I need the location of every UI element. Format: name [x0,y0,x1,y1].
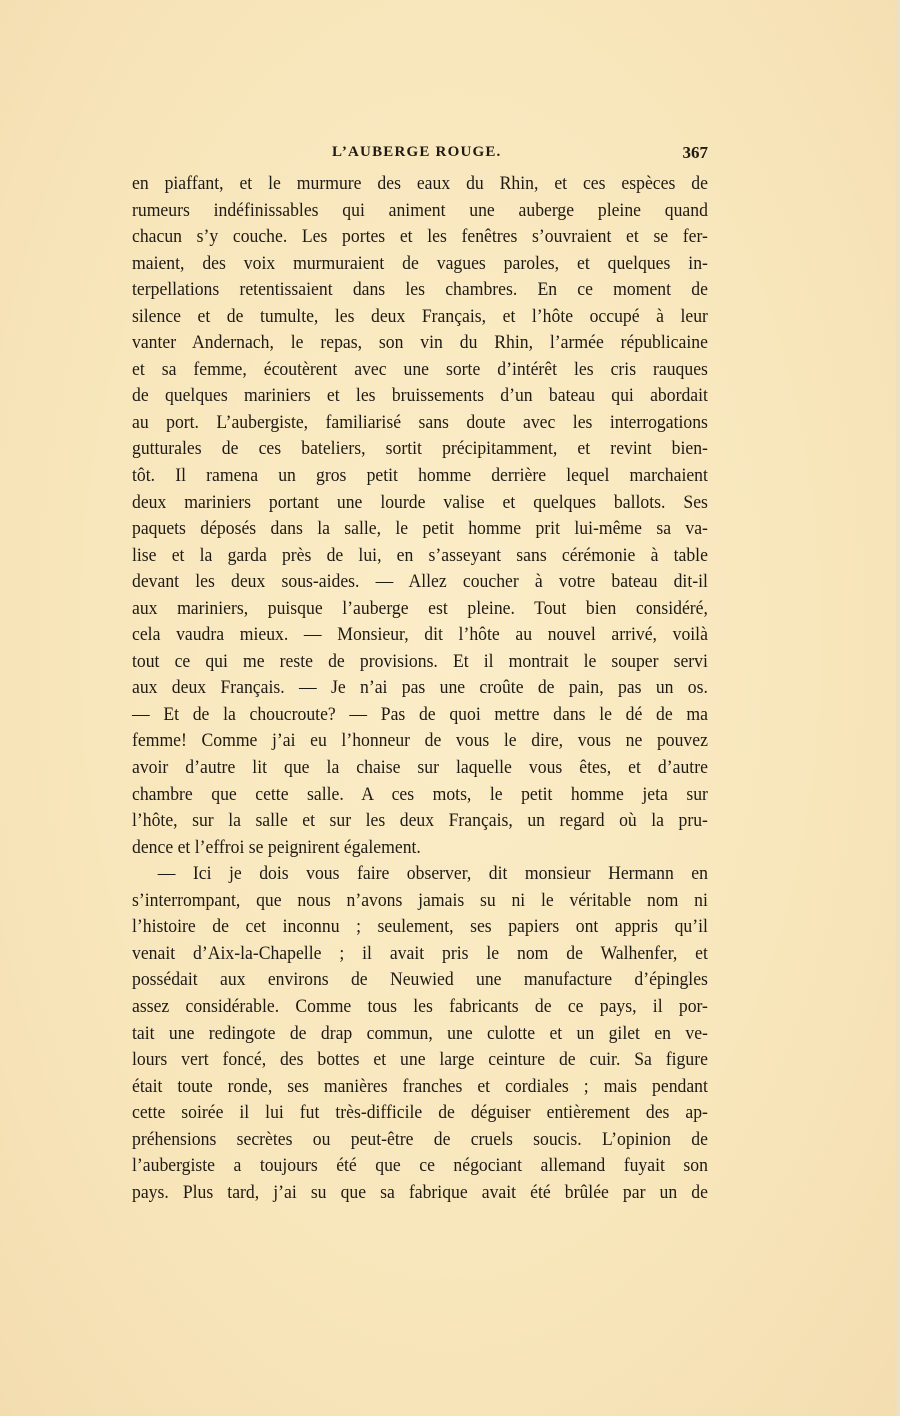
text-line: — Et de la choucroute? — Pas de quoi met… [132,702,708,729]
text-line: cela vaudra mieux. — Monsieur, dit l’hôt… [132,622,708,649]
paragraph-1: en piaffant, et le murmure des eaux du R… [132,171,708,861]
text-line: chacun s’y couche. Les portes et les fen… [132,224,708,251]
text-line: était toute ronde, ses manières franches… [132,1074,708,1101]
text-line: tôt. Il ramena un gros petit homme derri… [132,463,708,490]
text-line: rumeurs indéfinissables qui animent une … [132,198,708,225]
text-line: femme! Comme j’ai eu l’honneur de vous l… [132,728,708,755]
running-head: L’AUBERGE ROUGE. 367 [132,140,708,170]
text-line: cette soirée il lui fut très-difficile d… [132,1100,708,1127]
text-line: possédait aux environs de Neuwied une ma… [132,967,708,994]
text-line: l’histoire de cet inconnu ; seulement, s… [132,914,708,941]
text-line: vanter Andernach, le repas, son vin du R… [132,330,708,357]
text-line: tout ce qui me reste de provisions. Et i… [132,649,708,676]
text-line: deux mariniers portant une lourde valise… [132,490,708,517]
text-line: tait une redingote de drap commun, une c… [132,1021,708,1048]
paragraph-2: — Ici je dois vous faire observer, dit m… [132,861,708,1206]
text-line: lise et la garda près de lui, en s’assey… [132,543,708,570]
text-line: aux mariniers, puisque l’auberge est ple… [132,596,708,623]
text-line: venait d’Aix-la-Chapelle ; il avait pris… [132,941,708,968]
text-line: au port. L’aubergiste, familiarisé sans … [132,410,708,437]
text-line: maient, des voix murmuraient de vagues p… [132,251,708,278]
text-line: s’interrompant, que nous n’avons jamais … [132,888,708,915]
body-text: en piaffant, et le murmure des eaux du R… [132,171,708,1206]
text-line: paquets déposés dans la salle, le petit … [132,516,708,543]
text-line: devant les deux sous-aides. — Allez couc… [132,569,708,596]
text-line: l’aubergiste a toujours été que ce négoc… [132,1153,708,1180]
text-line: pays. Plus tard, j’ai su que sa fabrique… [132,1180,708,1207]
text-line: en piaffant, et le murmure des eaux du R… [132,171,708,198]
text-line: chambre que cette salle. A ces mots, le … [132,782,708,809]
text-line: terpellations retentissaient dans les ch… [132,277,708,304]
page-number: 367 [683,143,709,163]
text-line: l’hôte, sur la salle et sur les deux Fra… [132,808,708,835]
text-line: préhensions secrètes ou peut-être de cru… [132,1127,708,1154]
text-line: silence et de tumulte, les deux Français… [132,304,708,331]
running-title: L’AUBERGE ROUGE. [332,144,502,161]
text-line: — Ici je dois vous faire observer, dit m… [132,861,708,888]
text-line: et sa femme, écoutèrent avec une sorte d… [132,357,708,384]
text-line: assez considérable. Comme tous les fabri… [132,994,708,1021]
text-line: gutturales de ces bateliers, sortit préc… [132,436,708,463]
text-line: avoir d’autre lit que la chaise sur laqu… [132,755,708,782]
page-edge [896,0,900,1416]
book-page: L’AUBERGE ROUGE. 367 en piaffant, et le … [132,140,708,1206]
text-line: de quelques mariniers et les bruissement… [132,383,708,410]
text-line: aux deux Français. — Je n’ai pas une cro… [132,675,708,702]
text-line: lours vert foncé, des bottes et une larg… [132,1047,708,1074]
text-line: dence et l’effroi se peignirent égalemen… [132,835,708,862]
